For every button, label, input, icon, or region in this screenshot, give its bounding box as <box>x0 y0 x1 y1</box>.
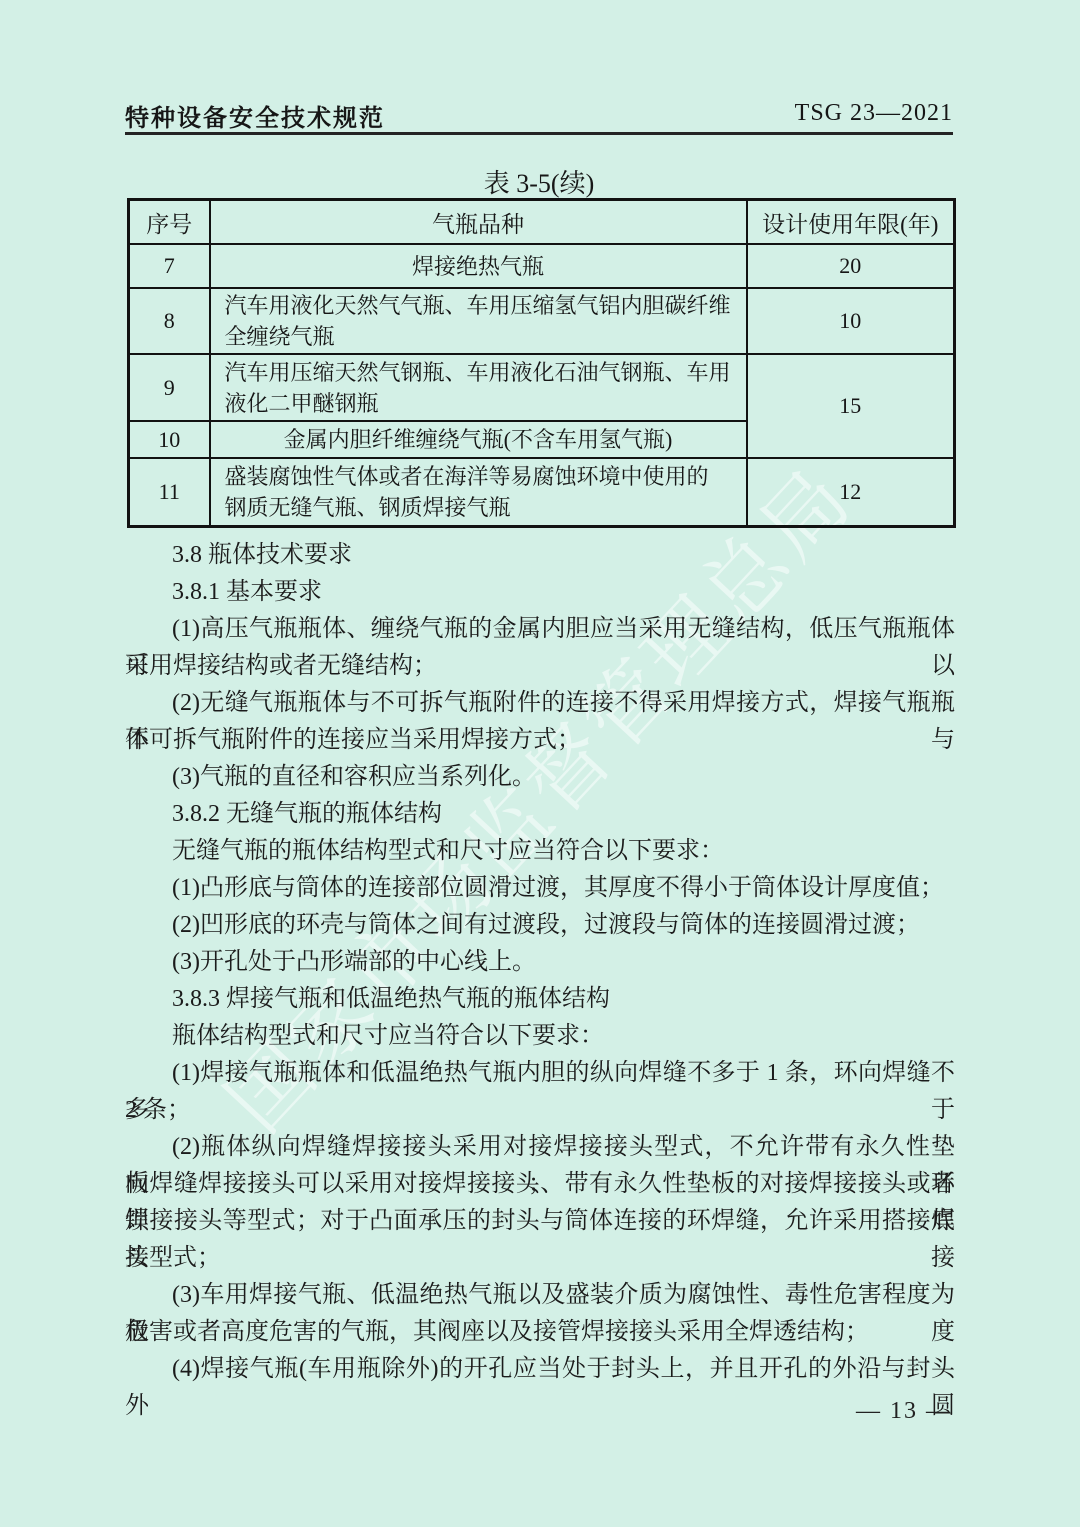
text-line: (1)高压气瓶瓶体、缠绕气瓶的金属内胆应当采用无缝结构，低压气瓶瓶体可以 <box>125 611 955 648</box>
text-line: 3.8 瓶体技术要求 <box>125 537 955 574</box>
body-text: 3.8 瓶体技术要求3.8.1 基本要求(1)高压气瓶瓶体、缠绕气瓶的金属内胆应… <box>125 537 955 1388</box>
text-line: 3.8.1 基本要求 <box>125 574 955 611</box>
text-line: (2)凹形底的环壳与筒体之间有过渡段，过渡段与筒体的连接圆滑过渡； <box>125 907 955 944</box>
text-line: (1)凸形底与筒体的连接部位圆滑过渡，其厚度不得小于筒体设计厚度值； <box>125 870 955 907</box>
text-line: (4)焊接气瓶(车用瓶除外)的开孔应当处于封头上，并且开孔的外沿与封头外圆 <box>125 1351 955 1388</box>
text-line: (3)气瓶的直径和容积应当系列化。 <box>125 759 955 796</box>
text-line: 瓶体结构型式和尺寸应当符合以下要求： <box>125 1018 955 1055</box>
table-row: 8汽车用液化天然气气瓶、车用压缩氢气铝内胆碳纤维 全缠绕气瓶10 <box>129 288 955 354</box>
text-line: 3.8.3 焊接气瓶和低温绝热气瓶的瓶体结构 <box>125 981 955 1018</box>
table-row: 11盛装腐蚀性气体或者在海洋等易腐蚀环境中使用的 钢质无缝气瓶、钢质焊接气瓶12 <box>129 458 955 526</box>
cell-cylinder-type: 金属内胆纤维缠绕气瓶(不含车用氢气瓶) <box>210 421 747 458</box>
text-line: 3.8.2 无缝气瓶的瓶体结构 <box>125 796 955 833</box>
cell-serial-number: 8 <box>129 288 210 354</box>
cell-cylinder-type: 汽车用液化天然气气瓶、车用压缩氢气铝内胆碳纤维 全缠绕气瓶 <box>210 288 747 354</box>
col-header-no: 序号 <box>129 200 210 245</box>
text-line: (2)无缝气瓶瓶体与不可拆气瓶附件的连接不得采用焊接方式，焊接气瓶瓶体与 <box>125 685 955 722</box>
text-line: (3)车用焊接气瓶、低温绝热气瓶以及盛装介质为腐蚀性、毒性危害程度为极度 <box>125 1277 955 1314</box>
cell-design-life: 15 <box>747 354 955 458</box>
text-line: (1)焊接气瓶瓶体和低温绝热气瓶内胆的纵向焊缝不多于 1 条，环向焊缝不多于 <box>125 1055 955 1092</box>
text-line: 无缝气瓶的瓶体结构型式和尺寸应当符合以下要求： <box>125 833 955 870</box>
document-code: TSG 23—2021 <box>795 100 953 127</box>
cell-design-life: 12 <box>747 458 955 526</box>
spec-table: 序号 气瓶品种 设计使用年限(年) 7焊接绝热气瓶208汽车用液化天然气气瓶、车… <box>127 198 956 528</box>
text-line: 向焊缝焊接接头可以采用对接焊接接头、带有永久性垫板的对接焊接接头或者锁底 <box>125 1166 955 1203</box>
cell-serial-number: 10 <box>129 421 210 458</box>
text-line: (3)开孔处于凸形端部的中心线上。 <box>125 944 955 981</box>
table-row: 9汽车用压缩天然气钢瓶、车用液化石油气钢瓶、车用 液化二甲醚钢瓶15 <box>129 354 955 421</box>
table-header-row: 序号 气瓶品种 设计使用年限(年) <box>129 200 955 245</box>
table-title: 表 3-5(续) <box>125 163 953 200</box>
cell-serial-number: 9 <box>129 354 210 421</box>
cell-cylinder-type: 汽车用压缩天然气钢瓶、车用液化石油气钢瓶、车用 液化二甲醚钢瓶 <box>210 354 747 421</box>
cell-design-life: 20 <box>747 244 955 288</box>
page-number: — 13 — <box>856 1398 952 1425</box>
cell-cylinder-type: 焊接绝热气瓶 <box>210 244 747 288</box>
document-title: 特种设备安全技术规范 <box>125 98 385 133</box>
cell-serial-number: 11 <box>129 458 210 526</box>
text-line: 危害或者高度危害的气瓶，其阀座以及接管焊接接头采用全焊透结构； <box>125 1314 955 1351</box>
cell-serial-number: 7 <box>129 244 210 288</box>
cell-design-life: 10 <box>747 288 955 354</box>
col-header-life: 设计使用年限(年) <box>747 200 955 245</box>
text-line: (2)瓶体纵向焊缝焊接接头采用对接焊接接头型式，不允许带有永久性垫板；环 <box>125 1129 955 1166</box>
spec-table-body: 7焊接绝热气瓶208汽车用液化天然气气瓶、车用压缩氢气铝内胆碳纤维 全缠绕气瓶1… <box>129 244 955 526</box>
text-line: 焊接接头等型式；对于凸面承压的封头与筒体连接的环焊缝，允许采用搭接焊接接 <box>125 1203 955 1240</box>
table-row: 7焊接绝热气瓶20 <box>129 244 955 288</box>
col-header-type: 气瓶品种 <box>210 200 747 245</box>
header-rule <box>125 132 953 135</box>
cell-cylinder-type: 盛装腐蚀性气体或者在海洋等易腐蚀环境中使用的 钢质无缝气瓶、钢质焊接气瓶 <box>210 458 747 526</box>
